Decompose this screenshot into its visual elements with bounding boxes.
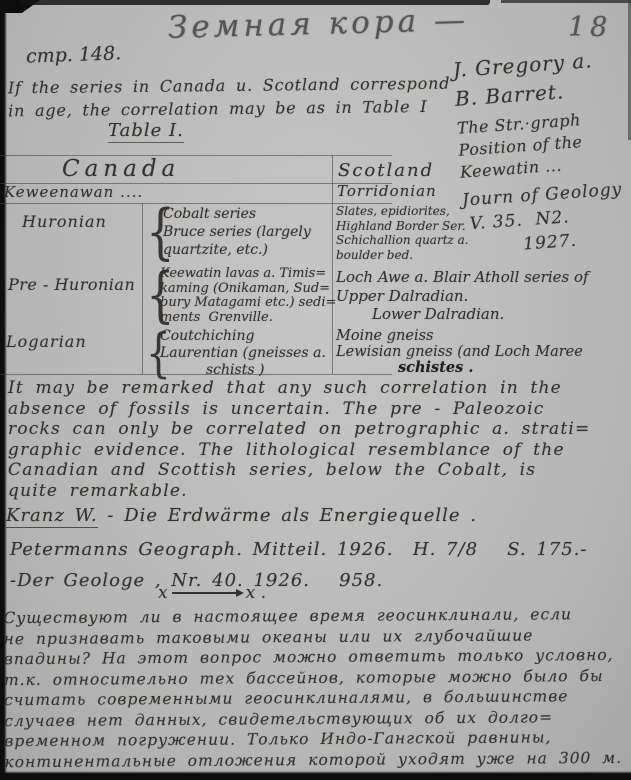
row-logarian-era: Logarian <box>6 332 87 351</box>
row-huronian-canada: Cobalt seriesBruce series (largelyquartz… <box>163 205 311 259</box>
row-prehuronian-canada: Keewatin lavas a. Timis=kaming (Onikaman… <box>160 267 336 325</box>
divider-arrow-icon <box>172 592 242 594</box>
section-divider: x x . <box>158 583 266 603</box>
reference-author: Kranz W. <box>6 505 98 528</box>
row-prehuronian-scotland: Loch Awe a. Blair Atholl series ofUpper … <box>336 268 589 324</box>
page-title: Земная кора — <box>168 2 470 46</box>
russian-paragraph: Существуют ли в настоящее время геосинкл… <box>3 604 622 772</box>
margin-authors: J. Gregory a.B. Barret. <box>452 45 616 114</box>
scan-edge-top-right <box>501 0 631 3</box>
table-caption: Table I. <box>108 120 184 143</box>
row-prehuronian-era: Pre - Huronian <box>8 275 135 294</box>
scanned-notebook-page: Земная кора — 18 стр. 148. If the series… <box>0 0 631 780</box>
divider-left-x: x <box>158 583 168 603</box>
row-keweenawan-scotland: Torridonian <box>337 182 437 200</box>
page-reference: стр. 148. <box>26 42 122 67</box>
row-huronian-era: Huronian <box>22 212 107 231</box>
row-huronian-scotland: Slates, epidiorites,Highland Border Ser.… <box>336 204 469 262</box>
table-row-rule <box>0 203 392 204</box>
reference-source-lines: Petermanns Geograph. Mitteil. 1926. H. 7… <box>10 534 587 596</box>
page-number: 18 <box>568 12 612 43</box>
intro-paragraph: If the series in Canada u. Scotland corr… <box>8 72 451 123</box>
reference-title: - Die Erdwärme als Energiequelle . <box>98 505 477 526</box>
row-keweenawan-era: Keweenawan .... <box>4 183 143 201</box>
remarks-paragraph: It may be remarked that any such correla… <box>8 378 590 501</box>
correlation-table: Canada Scotland Keweenawan .... Torridon… <box>0 152 631 378</box>
column-header-scotland: Scotland <box>338 160 434 181</box>
row-logarian-scotland: Moine gneissLewisian gneiss (and Loch Ma… <box>336 328 583 376</box>
column-header-canada: Canada <box>62 156 180 182</box>
row-logarian-canada: CoutchichingLaurentian (gneisses a.schis… <box>160 328 326 379</box>
scan-edge-bottom <box>0 771 631 780</box>
divider-right-x: x . <box>246 583 266 603</box>
table-divider-inner <box>142 203 143 374</box>
table-divider-columns <box>332 155 333 374</box>
reference-kranz: Kranz W. - Die Erdwärme als Energiequell… <box>6 505 477 526</box>
table-border-top <box>0 155 392 156</box>
